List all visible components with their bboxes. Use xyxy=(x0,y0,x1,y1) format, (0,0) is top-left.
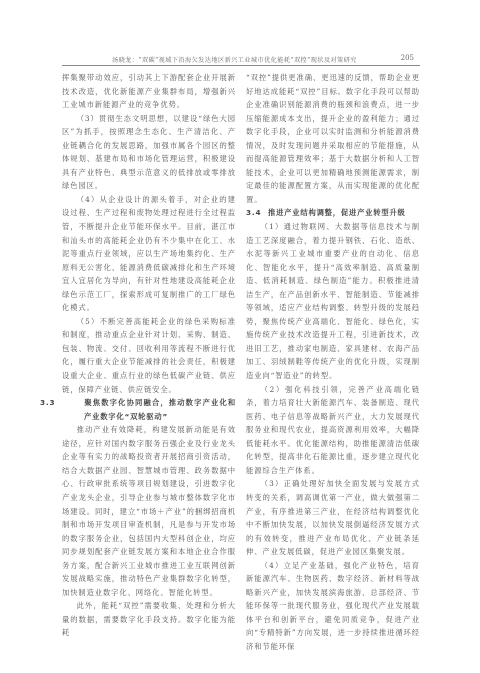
section-title: 推进产业结构调整，促进产业转型升级 xyxy=(268,208,406,217)
paragraph-item-3: （3）正确处理好加快全面发展与发展方式转变的关系，调高调优第一产业，做大做强第二… xyxy=(246,477,420,558)
paragraph-continued: 挥集聚带动效应，引动其上下游配套企业开展新技术改造，优化新能源产业集群布局，增强… xyxy=(62,71,236,112)
left-column: 挥集聚带动效应，引动其上下游配套企业开展新技术改造，优化新能源产业集群布局，增强… xyxy=(62,71,236,640)
section-heading-3-3: 3.3聚焦数字化协同融合，推动数字产业化和产业数字化“双轮驱动” xyxy=(62,396,236,423)
paragraph-digital: 推动产业有效降耗，构建发展新动能是有效途径，应针对国内数字服务百强企业及行业龙头… xyxy=(62,423,236,599)
section-number: 3.3 xyxy=(62,396,84,410)
paragraph-item-1: （1）通过物联网、大数据等信息技术与制造工艺深度融合，着力提升钢铁、石化、造纸、… xyxy=(246,220,420,383)
right-column: “双控”提供更准确、更迅速的反馈，帮助企业更好地达成能耗“双控”目标。数字化手段… xyxy=(246,71,420,654)
section-heading-3-4: 3.4推进产业结构调整，促进产业转型升级 xyxy=(246,206,420,220)
section-title: 聚焦数字化协同融合，推动数字产业化和产业数字化“双轮驱动” xyxy=(84,398,236,421)
paragraph-item-2: （2）强化科技引领，完善产业高端化链条，着力培育壮大新能源汽车、装备制造、现代医… xyxy=(246,383,420,478)
paragraph-item-3: （3）贯彻生态文明思想，以建设“绿色大园区”为抓手，按照理念生态化、生产清洁化、… xyxy=(62,112,236,193)
paragraph-continued: “双控”提供更准确、更迅速的反馈，帮助企业更好地达成能耗“双控”目标。数字化手段… xyxy=(246,71,420,206)
paragraph-item-4: （4）立足产业基础，强化产业特色，培育新能源汽车、生物医药、数字经济、新材料等战… xyxy=(246,559,420,654)
paragraph-item-4: （4）从企业设计的源头着手，对企业的建设过程、生产过程和废物处理过程进行全过程监… xyxy=(62,193,236,315)
section-number: 3.4 xyxy=(246,206,268,220)
running-title: 汤晓龙：“双碳”视域下沿海欠发达地区新兴工业城市优化能耗“双控”现状及对策研究 xyxy=(112,55,357,64)
paragraph-besides: 此外，能耗“双控”需要收集、处理和分析大量的数据，需要数字化手段支持。数字化能为… xyxy=(62,599,236,640)
paragraph-item-5: （5）不断完善高能耗企业的绿色采购标准和制度，推动重点企业针对计划、采购、制造、… xyxy=(62,315,236,396)
running-head: 汤晓龙：“双碳”视域下沿海欠发达地区新兴工业城市优化能耗“双控”现状及对策研究 … xyxy=(62,53,420,66)
page-number: 205 xyxy=(401,54,414,62)
